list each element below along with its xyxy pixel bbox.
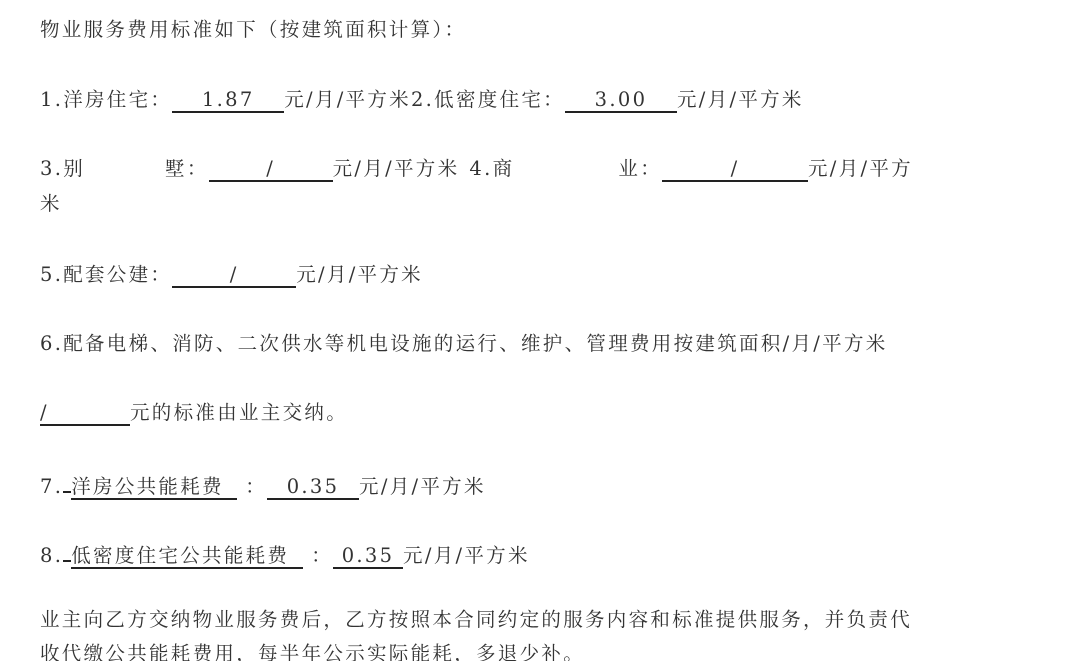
fee-line-3-4: 3.别墅：/元/月/平方米4.商业：/元/月/平方 <box>40 155 913 183</box>
intro-line: 物业服务费用标准如下（按建筑面积计算）： <box>40 16 466 44</box>
item-7-unit: 元/月/平方米 <box>359 475 486 498</box>
item-8-colon: ： <box>311 544 333 567</box>
fee-line-4-wrap: 米 <box>40 190 62 218</box>
fee-line-6: 6.配备电梯、消防、二次供水等机电设施的运行、维护、管理费用按建筑面积/月/平方… <box>40 330 888 358</box>
fee-line-6-cont: /元的标准由业主交纳。 <box>40 399 348 427</box>
item-6-suffix: 元的标准由业主交纳。 <box>130 401 348 424</box>
item-7-value: 0.35 <box>267 476 359 500</box>
item-5-label: 5.配套公建： <box>40 263 172 286</box>
item-3-label-b: 墅： <box>165 157 209 180</box>
item-4-label-b: 业： <box>618 157 662 180</box>
item-1-value: 1.87 <box>172 89 284 113</box>
item-8-value: 0.35 <box>333 545 403 569</box>
item-7-prefix: 7. <box>40 475 63 498</box>
item-2-unit: 元/月/平方米 <box>677 88 804 111</box>
fee-line-8: 8.低密度住宅公共能耗费：0.35元/月/平方米 <box>40 538 530 570</box>
fee-line-7: 7.洋房公共能耗费：0.35元/月/平方米 <box>40 469 486 501</box>
closing-line-2: 收代缴公共能耗费用，每半年公示实际能耗，多退少补。 <box>40 640 585 661</box>
item-4-label-a: 4.商 <box>469 157 514 180</box>
item-8-unit: 元/月/平方米 <box>403 544 530 567</box>
item-2-value: 3.00 <box>565 89 677 113</box>
item-3-label-a: 3.别 <box>40 157 85 180</box>
item-8-prefix: 8. <box>40 544 63 567</box>
item-8-name: 低密度住宅公共能耗费 <box>71 545 303 569</box>
item-4-value: / <box>662 158 808 182</box>
item-1-label: 1.洋房住宅： <box>40 88 172 111</box>
item-5-unit: 元/月/平方米 <box>296 263 423 286</box>
item-7-colon: ： <box>245 475 267 498</box>
item-5-value: / <box>172 264 296 288</box>
item-2-label: 2.低密度住宅： <box>411 88 565 111</box>
item-6-value: / <box>40 402 130 426</box>
item-3-unit: 元/月/平方米 <box>333 157 460 180</box>
fee-line-5: 5.配套公建：/元/月/平方米 <box>40 261 423 289</box>
item-4-unit-a: 元/月/平方 <box>808 157 913 180</box>
closing-line-1: 业主向乙方交纳物业服务费后，乙方按照本合同约定的服务内容和标准提供服务，并负责代 <box>40 606 912 634</box>
item-7-name: 洋房公共能耗费 <box>71 476 237 500</box>
item-1-unit: 元/月/平方米 <box>284 88 411 111</box>
item-3-value: / <box>209 158 333 182</box>
fee-line-1-2: 1.洋房住宅：1.87元/月/平方米2.低密度住宅：3.00元/月/平方米 <box>40 86 804 114</box>
